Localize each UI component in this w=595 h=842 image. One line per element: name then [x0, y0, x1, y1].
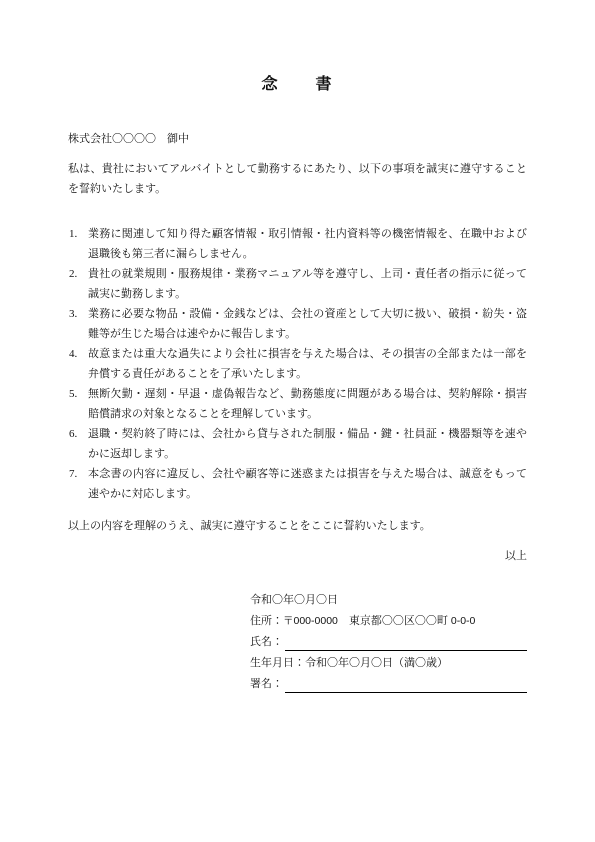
signature-block: 令和〇年〇月〇日 住所：〒000-0000東京都〇〇区〇〇町0-0-0 氏名： …	[68, 590, 527, 695]
list-item: 7. 本念書の内容に違反し、会社や顧客等に迷惑または損害を与えた場合は、誠意をも…	[68, 464, 527, 504]
sign-label: 署名：	[250, 674, 283, 695]
list-item-number: 1.	[68, 224, 88, 244]
list-item-text: 無断欠勤・遅刻・早退・虚偽報告など、勤務態度に問題がある場合は、契約解除・損害賠…	[88, 384, 527, 424]
pledge-document: 念 書 株式会社〇〇〇〇 御中 私は、貴社においてアルバイトとして勤務するにあた…	[0, 0, 595, 842]
list-item: 1. 業務に関連して知り得た顧客情報・取引情報・社内資料等の機密情報を、在職中お…	[68, 224, 527, 264]
list-item-text: 故意または重大な過失により会社に損害を与えた場合は、その損害の全部または一部を弁…	[88, 344, 527, 384]
signature-sign-row: 署名：	[250, 674, 527, 695]
signature-name-row: 氏名：	[250, 632, 527, 653]
list-item-number: 4.	[68, 344, 88, 364]
address-area: 東京都〇〇区〇〇町	[349, 615, 448, 627]
list-item-number: 6.	[68, 424, 88, 444]
name-fill-line	[285, 636, 527, 651]
list-item-text: 業務に関連して知り得た顧客情報・取引情報・社内資料等の機密情報を、在職中および退…	[88, 224, 527, 264]
pledge-list: 1. 業務に関連して知り得た顧客情報・取引情報・社内資料等の機密情報を、在職中お…	[68, 224, 527, 504]
list-item: 5. 無断欠勤・遅刻・早退・虚偽報告など、勤務態度に問題がある場合は、契約解除・…	[68, 384, 527, 424]
signature-address-line: 住所：〒000-0000東京都〇〇区〇〇町0-0-0	[250, 611, 527, 632]
address-label: 住所：	[250, 615, 283, 627]
address-street-number: 0-0-0	[451, 615, 476, 627]
document-title: 念 書	[68, 74, 527, 96]
list-item-number: 5.	[68, 384, 88, 404]
list-item: 2. 貴社の就業規則・服務規律・業務マニュアル等を遵守し、上司・責任者の指示に従…	[68, 264, 527, 304]
closing-paragraph: 以上の内容を理解のうえ、誠実に遵守することをここに誓約いたします。	[68, 516, 527, 536]
signature-birthdate: 生年月日：令和〇年〇月〇日（満〇歳）	[250, 653, 527, 674]
closing-right-mark: 以上	[68, 546, 527, 566]
sign-fill-line	[285, 678, 527, 693]
recipient-line: 株式会社〇〇〇〇 御中	[68, 129, 527, 149]
address-postal-code: 〒000-0000	[283, 615, 338, 627]
signature-date: 令和〇年〇月〇日	[250, 590, 527, 611]
list-item-text: 本念書の内容に違反し、会社や顧客等に迷惑または損害を与えた場合は、誠意をもって速…	[88, 464, 527, 504]
list-item: 6. 退職・契約終了時には、会社から貸与された制服・備品・鍵・社員証・機器類等を…	[68, 424, 527, 464]
list-item-text: 退職・契約終了時には、会社から貸与された制服・備品・鍵・社員証・機器類等を速やか…	[88, 424, 527, 464]
list-item: 3. 業務に必要な物品・設備・金銭などは、会社の資産として大切に扱い、破損・紛失…	[68, 304, 527, 344]
list-item-number: 2.	[68, 264, 88, 284]
name-label: 氏名：	[250, 632, 283, 653]
list-item-text: 業務に必要な物品・設備・金銭などは、会社の資産として大切に扱い、破損・紛失・盗難…	[88, 304, 527, 344]
list-item: 4. 故意または重大な過失により会社に損害を与えた場合は、その損害の全部または一…	[68, 344, 527, 384]
list-item-text: 貴社の就業規則・服務規律・業務マニュアル等を遵守し、上司・責任者の指示に従って誠…	[88, 264, 527, 304]
list-item-number: 7.	[68, 464, 88, 484]
intro-paragraph: 私は、貴社においてアルバイトとして勤務するにあたり、以下の事項を誠実に遵守するこ…	[68, 159, 527, 199]
list-item-number: 3.	[68, 304, 88, 324]
